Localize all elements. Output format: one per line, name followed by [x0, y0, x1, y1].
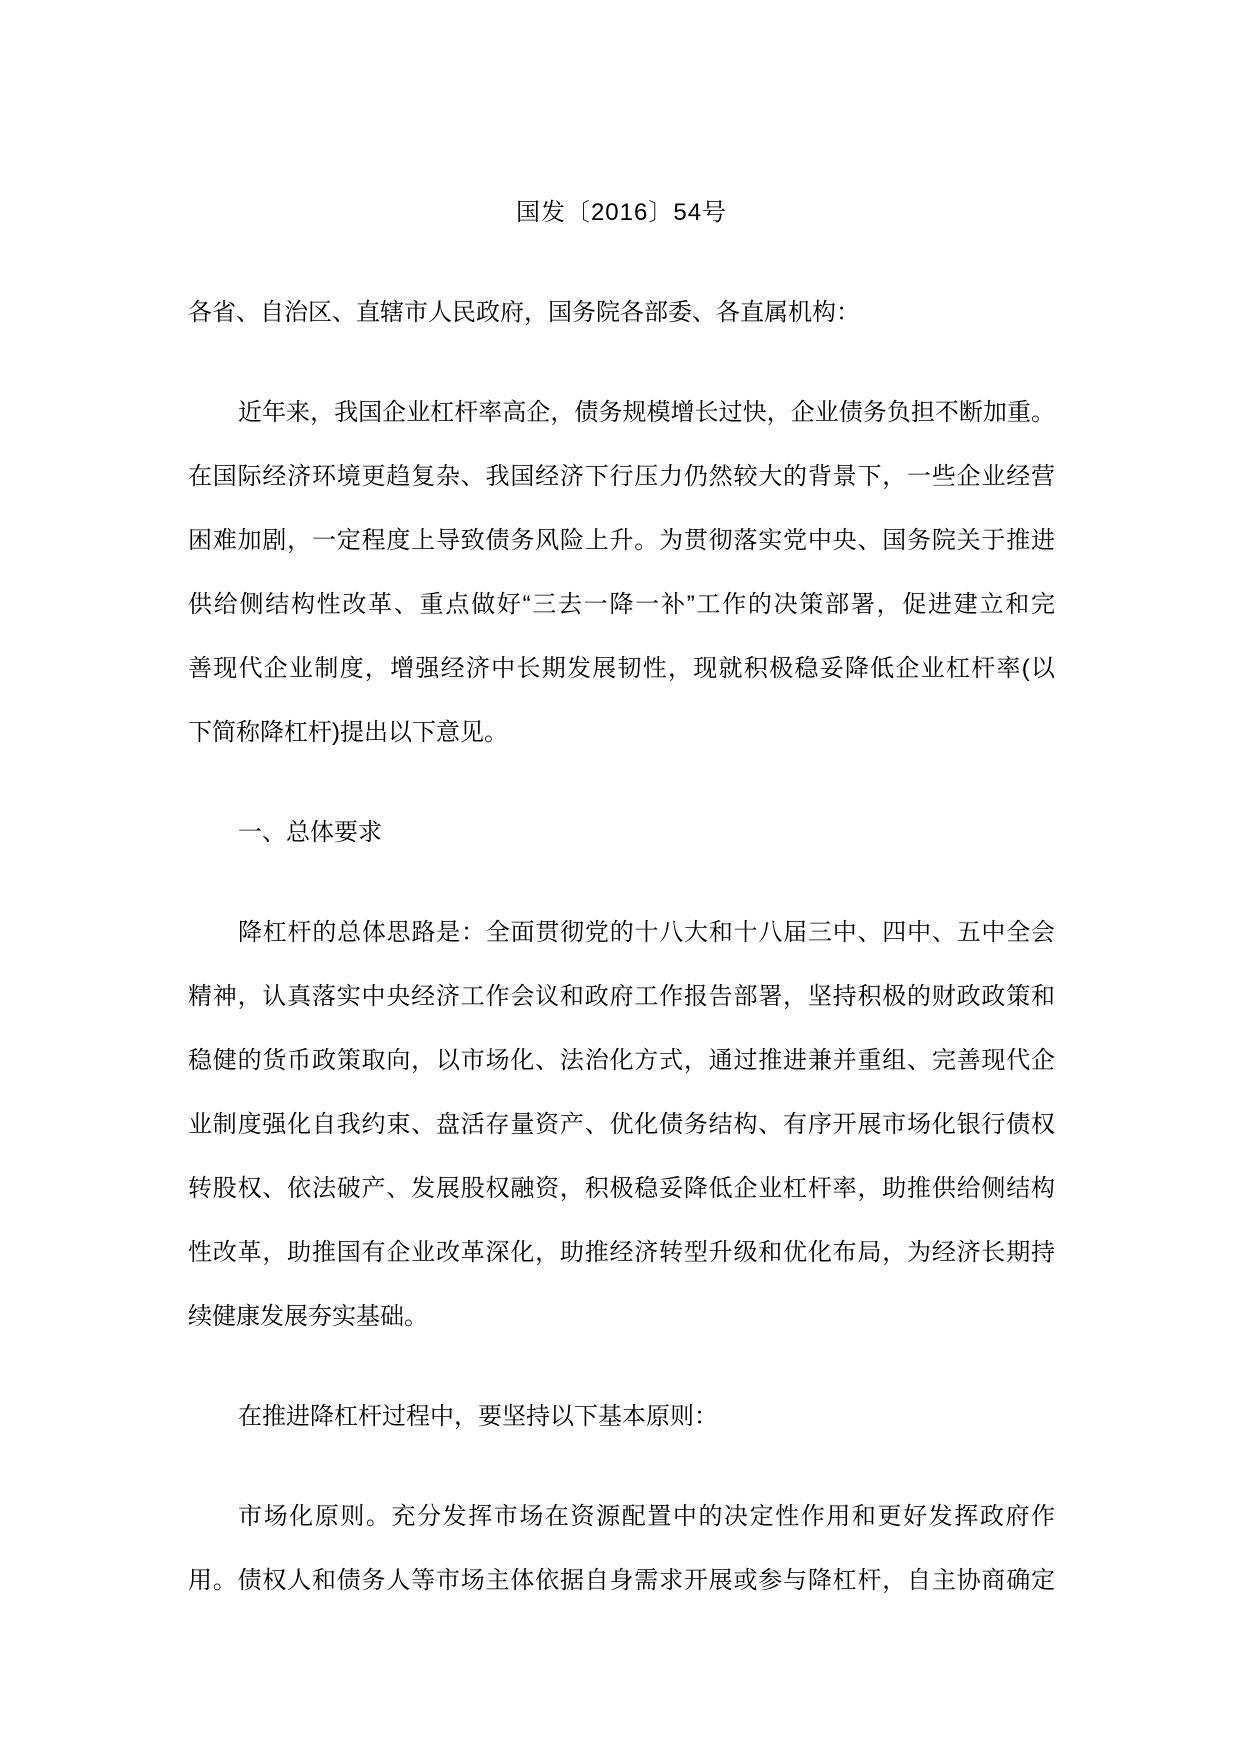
text-line: 续健康发展夯实基础。 — [188, 1285, 1055, 1349]
text-line: 近年来，我国企业杠杆率高企，债务规模增长过快，企业债务负担不断加重。 — [188, 381, 1055, 445]
paragraph-3: 在推进降杠杆过程中，要坚持以下基本原则： — [188, 1385, 1055, 1449]
text-line: 降杠杆的总体思路是：全面贯彻党的十八大和十八届三中、四中、五中全会 — [188, 901, 1055, 965]
text-line: 业制度强化自我约束、盘活存量资产、优化债务结构、有序开展市场化银行债权 — [188, 1093, 1055, 1157]
text-line: 下简称降杠杆)提出以下意见。 — [188, 701, 1055, 765]
text-line: 在推进降杠杆过程中，要坚持以下基本原则： — [188, 1385, 1055, 1449]
text-line: 用。债权人和债务人等市场主体依据自身需求开展或参与降杠杆，自主协商确定 — [188, 1549, 1055, 1613]
doc-number: 国发〔2016〕54号 — [188, 181, 1055, 245]
text-line: 善现代企业制度，增强经济中长期发展韧性，现就积极稳妥降低企业杠杆率(以 — [188, 637, 1055, 701]
salutation: 各省、自治区、直辖市人民政府，国务院各部委、各直属机构： — [188, 281, 1055, 345]
text-line: 供给侧结构性改革、重点做好“三去一降一补”工作的决策部署，促进建立和完 — [188, 573, 1055, 637]
text-line: 在国际经济环境更趋复杂、我国经济下行压力仍然较大的背景下，一些企业经营 — [188, 445, 1055, 509]
document-page: 国发〔2016〕54号 各省、自治区、直辖市人民政府，国务院各部委、各直属机构：… — [0, 0, 1241, 1754]
paragraph-4: 市场化原则。充分发挥市场在资源配置中的决定性作用和更好发挥政府作 用。债权人和债… — [188, 1485, 1055, 1613]
text-line: 困难加剧，一定程度上导致债务风险上升。为贯彻落实党中央、国务院关于推进 — [188, 509, 1055, 573]
text-line: 市场化原则。充分发挥市场在资源配置中的决定性作用和更好发挥政府作 — [188, 1485, 1055, 1549]
paragraph-2: 降杠杆的总体思路是：全面贯彻党的十八大和十八届三中、四中、五中全会 精神，认真落… — [188, 901, 1055, 1349]
text-line: 转股权、依法破产、发展股权融资，积极稳妥降低企业杠杆率，助推供给侧结构 — [188, 1157, 1055, 1221]
text-line: 稳健的货币政策取向，以市场化、法治化方式，通过推进兼并重组、完善现代企 — [188, 1029, 1055, 1093]
text-line: 性改革，助推国有企业改革深化，助推经济转型升级和优化布局，为经济长期持 — [188, 1221, 1055, 1285]
text-line: 精神，认真落实中央经济工作会议和政府工作报告部署，坚持积极的财政政策和 — [188, 965, 1055, 1029]
paragraph-1: 近年来，我国企业杠杆率高企，债务规模增长过快，企业债务负担不断加重。 在国际经济… — [188, 381, 1055, 765]
section-heading-overall-requirements: 一、总体要求 — [188, 801, 1055, 865]
